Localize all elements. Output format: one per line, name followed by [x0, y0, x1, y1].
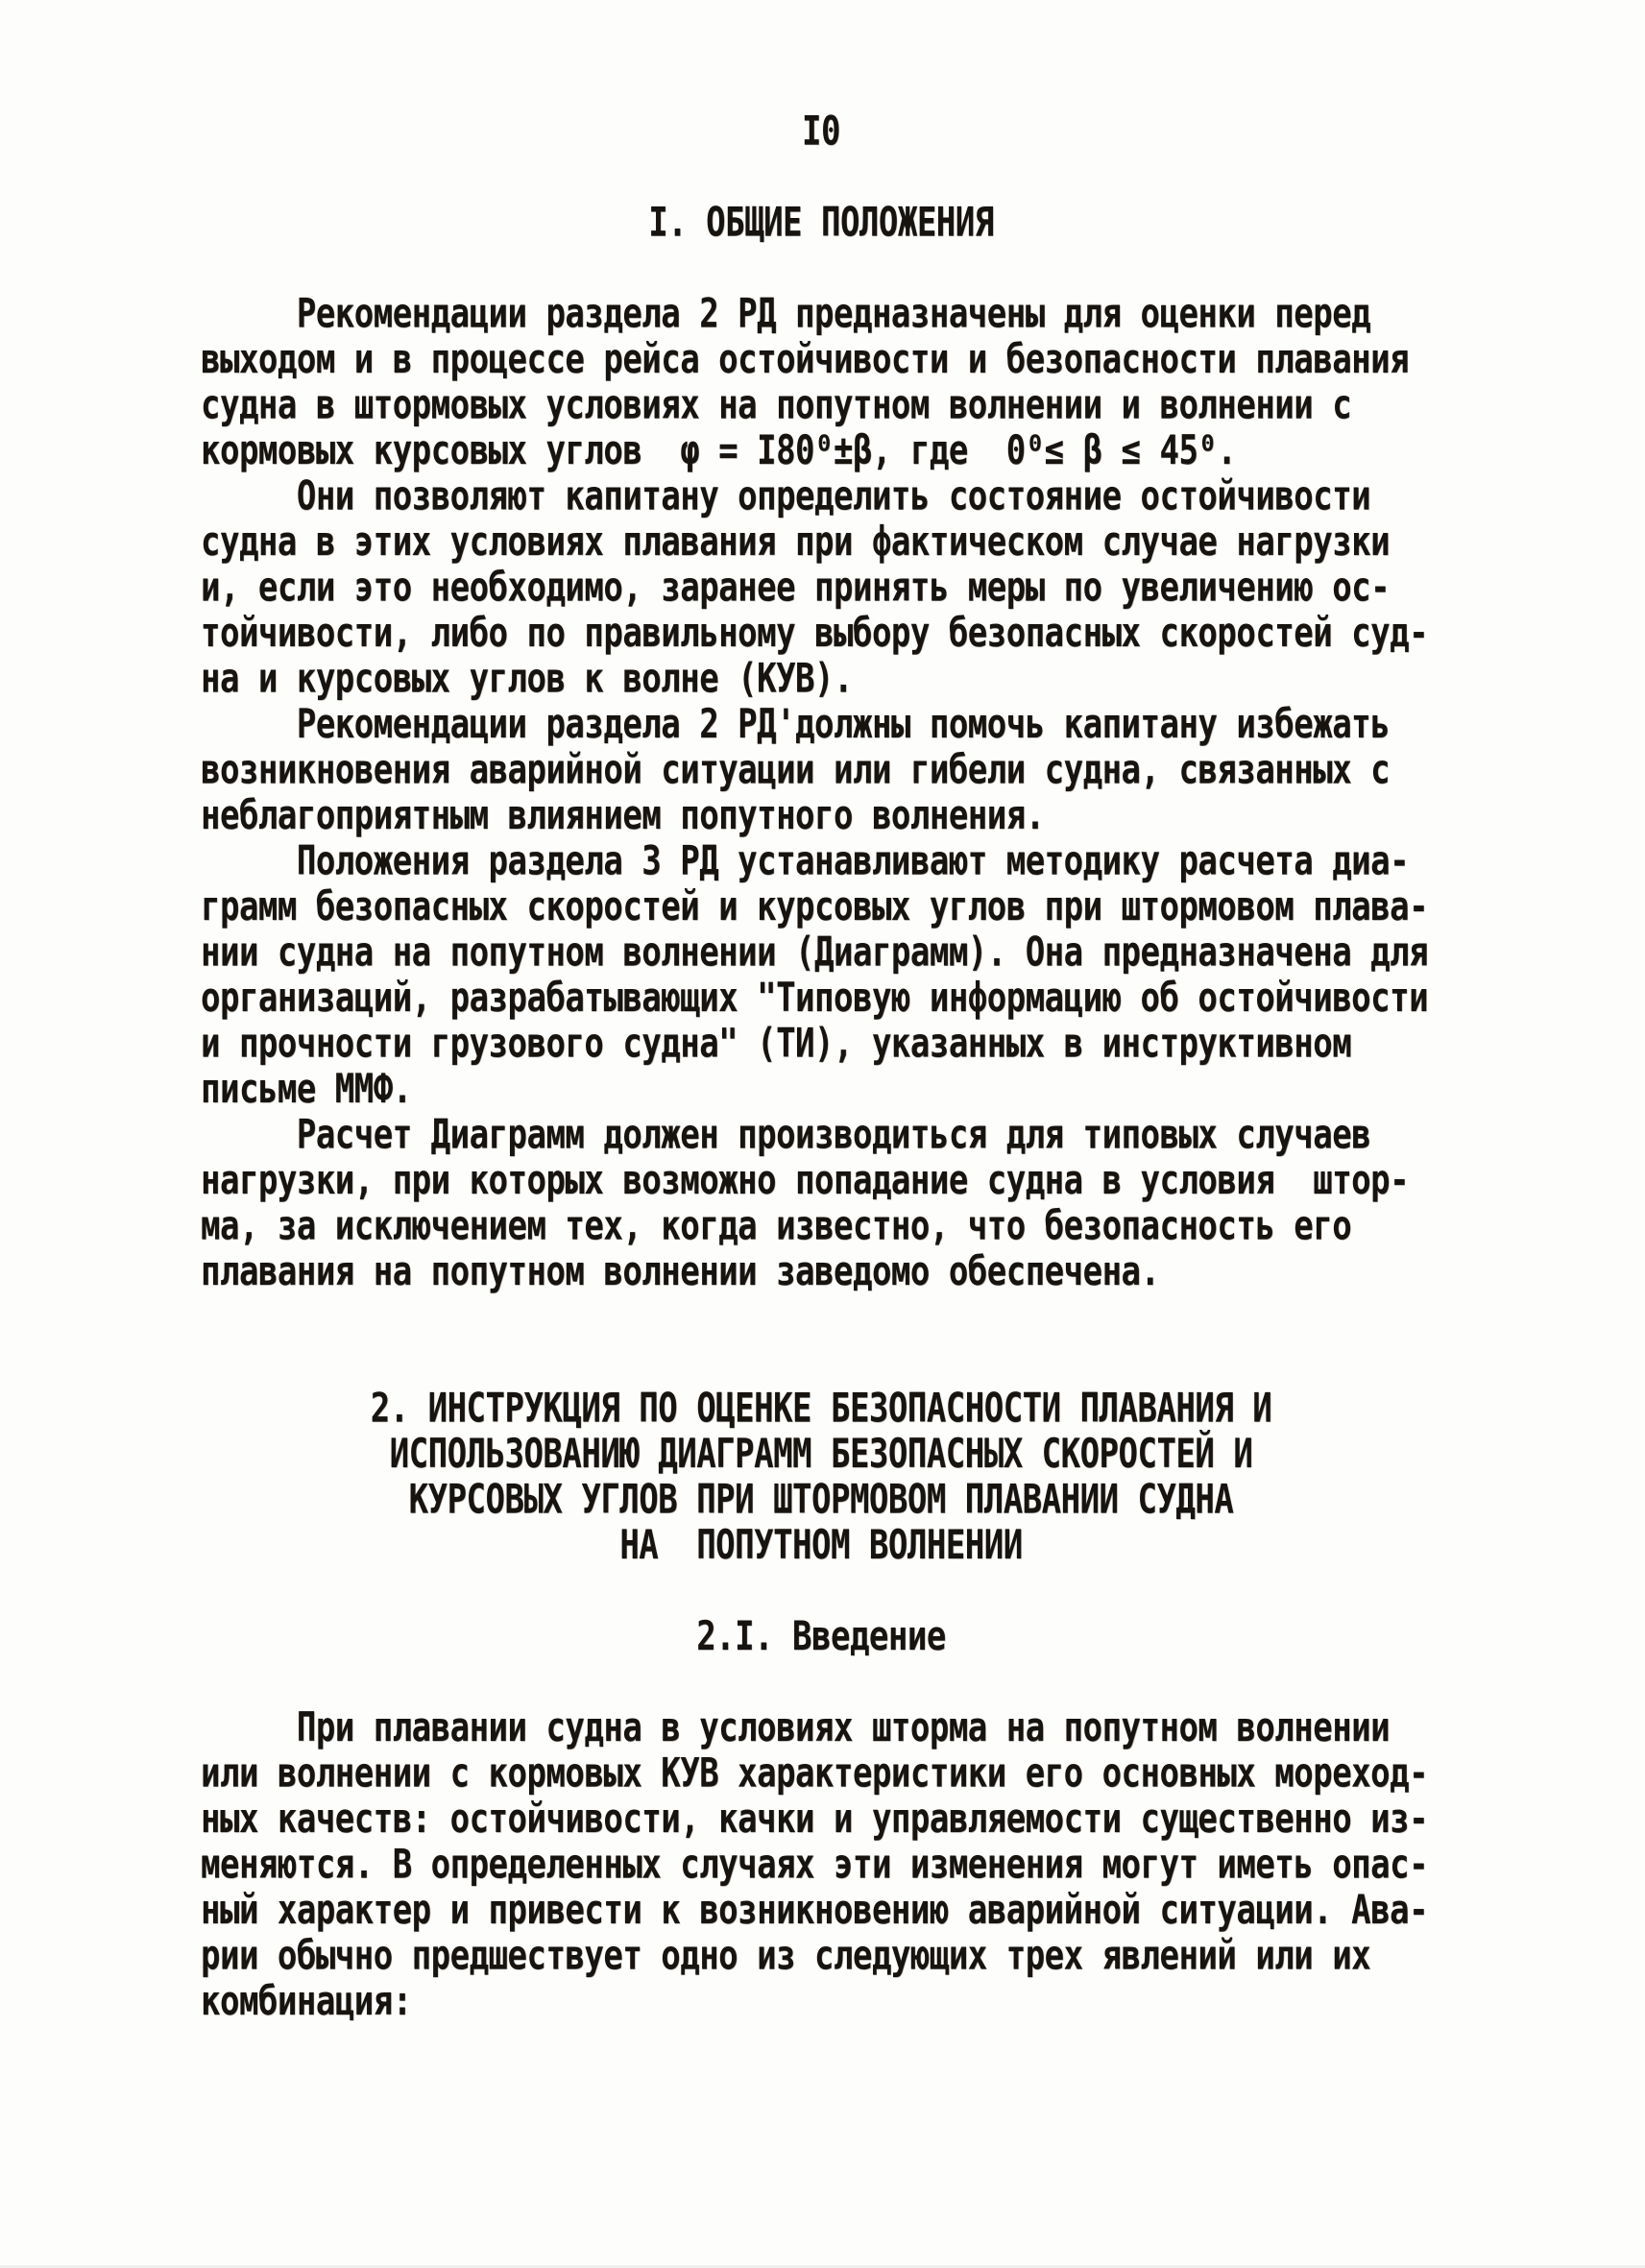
paragraph-4-line-5: и прочности грузового судна" (ТИ), указа…: [201, 1022, 1441, 1068]
paragraph-2-line-5: на и курсовых углов к волне (КУВ).: [201, 657, 1441, 703]
paragraph-6-line-3: ных качеств: остойчивости, качки и управ…: [201, 1798, 1441, 1844]
paragraph-2-line-3: и, если это необходимо, заранее принять …: [201, 566, 1441, 612]
paragraph-5-line-2: нагрузки, при которых возможно попадание…: [201, 1159, 1441, 1205]
blank-line: [201, 1569, 1441, 1615]
paragraph-2-line-4: тойчивости, либо по правильному выбору б…: [201, 612, 1441, 658]
document-page: I0I. ОБЩИЕ ПОЛОЖЕНИЯ Рекомендации раздел…: [0, 0, 1645, 2268]
paragraph-6-line-4: меняются. В определенных случаях эти изм…: [201, 1843, 1441, 1889]
section2-heading-line-4: НА ПОПУТНОМ ВОЛНЕНИИ: [201, 1524, 1441, 1570]
blank-line: [201, 247, 1441, 293]
paragraph-1-line-4: кормовых курсовых углов φ = I80⁰±β, где …: [201, 429, 1441, 475]
paragraph-3-line-2: возникновения аварийной ситуации или гиб…: [201, 748, 1441, 794]
paragraph-4-line-1: Положения раздела 3 РД устанавливают мет…: [201, 839, 1441, 885]
paragraph-4-line-3: нии судна на попутном волнении (Диаграмм…: [201, 930, 1441, 977]
paragraph-3-line-1: Рекомендации раздела 2 РД'должны помочь …: [201, 703, 1441, 749]
paragraph-5-line-3: ма, за исключением тех, когда известно, …: [201, 1204, 1441, 1250]
paragraph-6-line-5: ный характер и привести к возникновению …: [201, 1889, 1441, 1935]
paragraph-6-line-7: комбинация:: [201, 1980, 1441, 2026]
paragraph-5-line-1: Расчет Диаграмм должен производиться для…: [201, 1113, 1441, 1159]
paragraph-4-line-2: грамм безопасных скоростей и курсовых уг…: [201, 885, 1441, 931]
paragraph-2-line-2: судна в этих условиях плавания при факти…: [201, 520, 1441, 567]
paragraph-3-line-3: неблагоприятным влиянием попутного волне…: [201, 794, 1441, 840]
typewritten-text: I0I. ОБЩИЕ ПОЛОЖЕНИЯ Рекомендации раздел…: [201, 109, 1441, 2025]
paragraph-4-line-6: письме ММФ.: [201, 1068, 1441, 1114]
paragraph-4-line-4: организаций, разрабатывающих "Типовую ин…: [201, 977, 1441, 1023]
blank-line: [201, 1295, 1441, 1341]
section1-heading-line-1: I. ОБЩИЕ ПОЛОЖЕНИЯ: [201, 201, 1441, 247]
section2-1-heading-line-1: 2.I. Введение: [201, 1615, 1441, 1661]
blank-line: [201, 1660, 1441, 1706]
paragraph-6-line-1: При плавании судна в условиях шторма на …: [201, 1706, 1441, 1752]
paragraph-1-line-3: судна в штормовых условиях на попутном в…: [201, 383, 1441, 429]
section2-heading-line-2: ИСПОЛЬЗОВАНИЮ ДИАГРАММ БЕЗОПАСНЫХ СКОРОС…: [201, 1433, 1441, 1479]
paragraph-6-line-2: или волнении с кормовых КУВ характеристи…: [201, 1751, 1441, 1798]
page-number-line-1: I0: [201, 109, 1441, 156]
paragraph-6-line-6: рии обычно предшествует одно из следующи…: [201, 1934, 1441, 1980]
paragraph-5-line-4: плавания на попутном волнении заведомо о…: [201, 1250, 1441, 1296]
paragraph-2-line-1: Они позволяют капитану определить состоя…: [201, 474, 1441, 520]
section2-heading-line-3: КУРСОВЫХ УГЛОВ ПРИ ШТОРМОВОМ ПЛАВАНИИ СУ…: [201, 1478, 1441, 1524]
section2-heading-line-1: 2. ИНСТРУКЦИЯ ПО ОЦЕНКЕ БЕЗОПАСНОСТИ ПЛА…: [201, 1387, 1441, 1433]
paragraph-1-line-2: выходом и в процессе рейса остойчивости …: [201, 338, 1441, 384]
blank-line: [201, 156, 1441, 202]
paragraph-1-line-1: Рекомендации раздела 2 РД предназначены …: [201, 292, 1441, 338]
blank-line: [201, 1341, 1441, 1387]
